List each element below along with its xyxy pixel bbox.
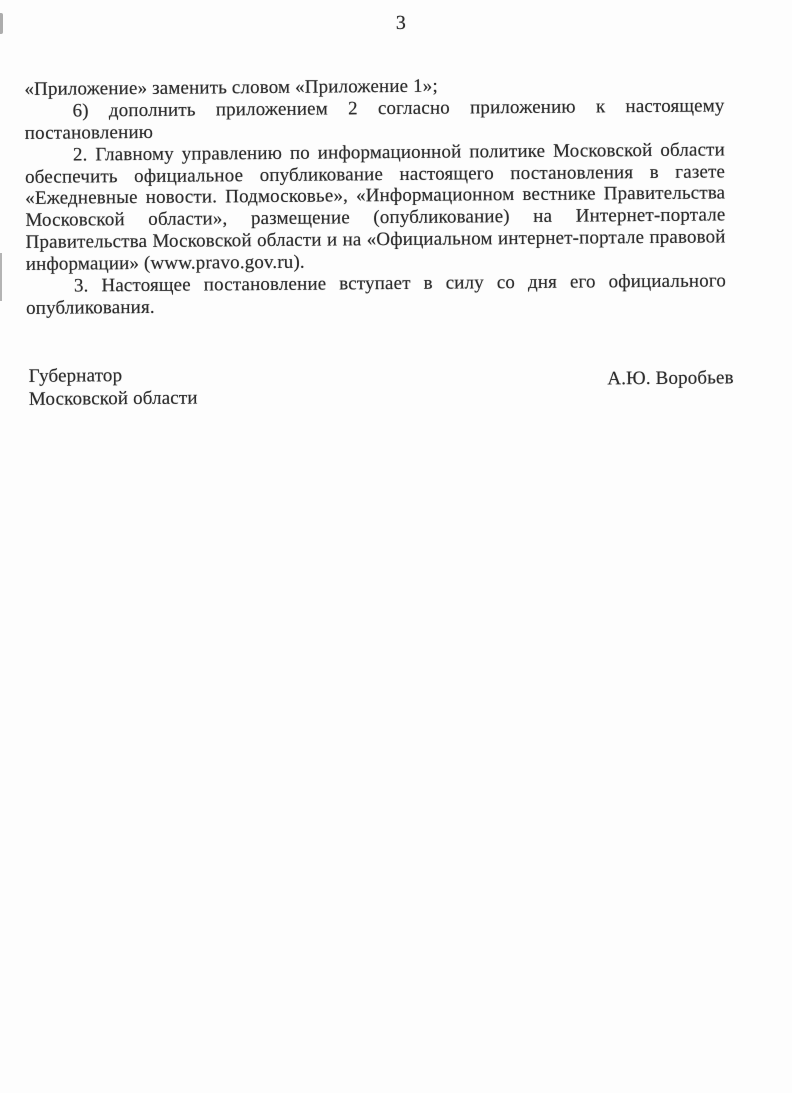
document-line: Правительства Московской области и на «О…	[26, 227, 726, 254]
document-line: 6) дополнить приложением 2 согласно прил…	[24, 95, 724, 122]
page-number: 3	[0, 10, 788, 36]
paragraph-item-2: 2. Главному управлению по информационной…	[25, 139, 726, 276]
signatory-title-line: Московской области	[29, 387, 198, 411]
signatory-name: А.Ю. Воробьев	[607, 367, 734, 390]
scan-edge-artifact	[0, 253, 2, 301]
paragraph-item-3: 3. Настоящее постановление вступает в си…	[26, 270, 726, 319]
scanned-document-page: 3 «Приложение» заменить словом «Приложен…	[0, 0, 792, 1093]
paragraph-subitem-6: 6) дополнить приложением 2 согласно прил…	[24, 95, 724, 144]
scan-edge-artifact	[0, 13, 3, 34]
signature-block: Губернатор Московской области А.Ю. Вороб…	[29, 360, 734, 411]
document-line: 3. Настоящее постановление вступает в си…	[26, 270, 726, 297]
signatory-title: Губернатор Московской области	[29, 365, 198, 411]
scan-tilt-wrapper: 3 «Приложение» заменить словом «Приложен…	[0, 0, 792, 1093]
document-body: «Приложение» заменить словом «Приложение…	[24, 73, 726, 319]
signatory-title-line: Губернатор	[29, 365, 198, 389]
